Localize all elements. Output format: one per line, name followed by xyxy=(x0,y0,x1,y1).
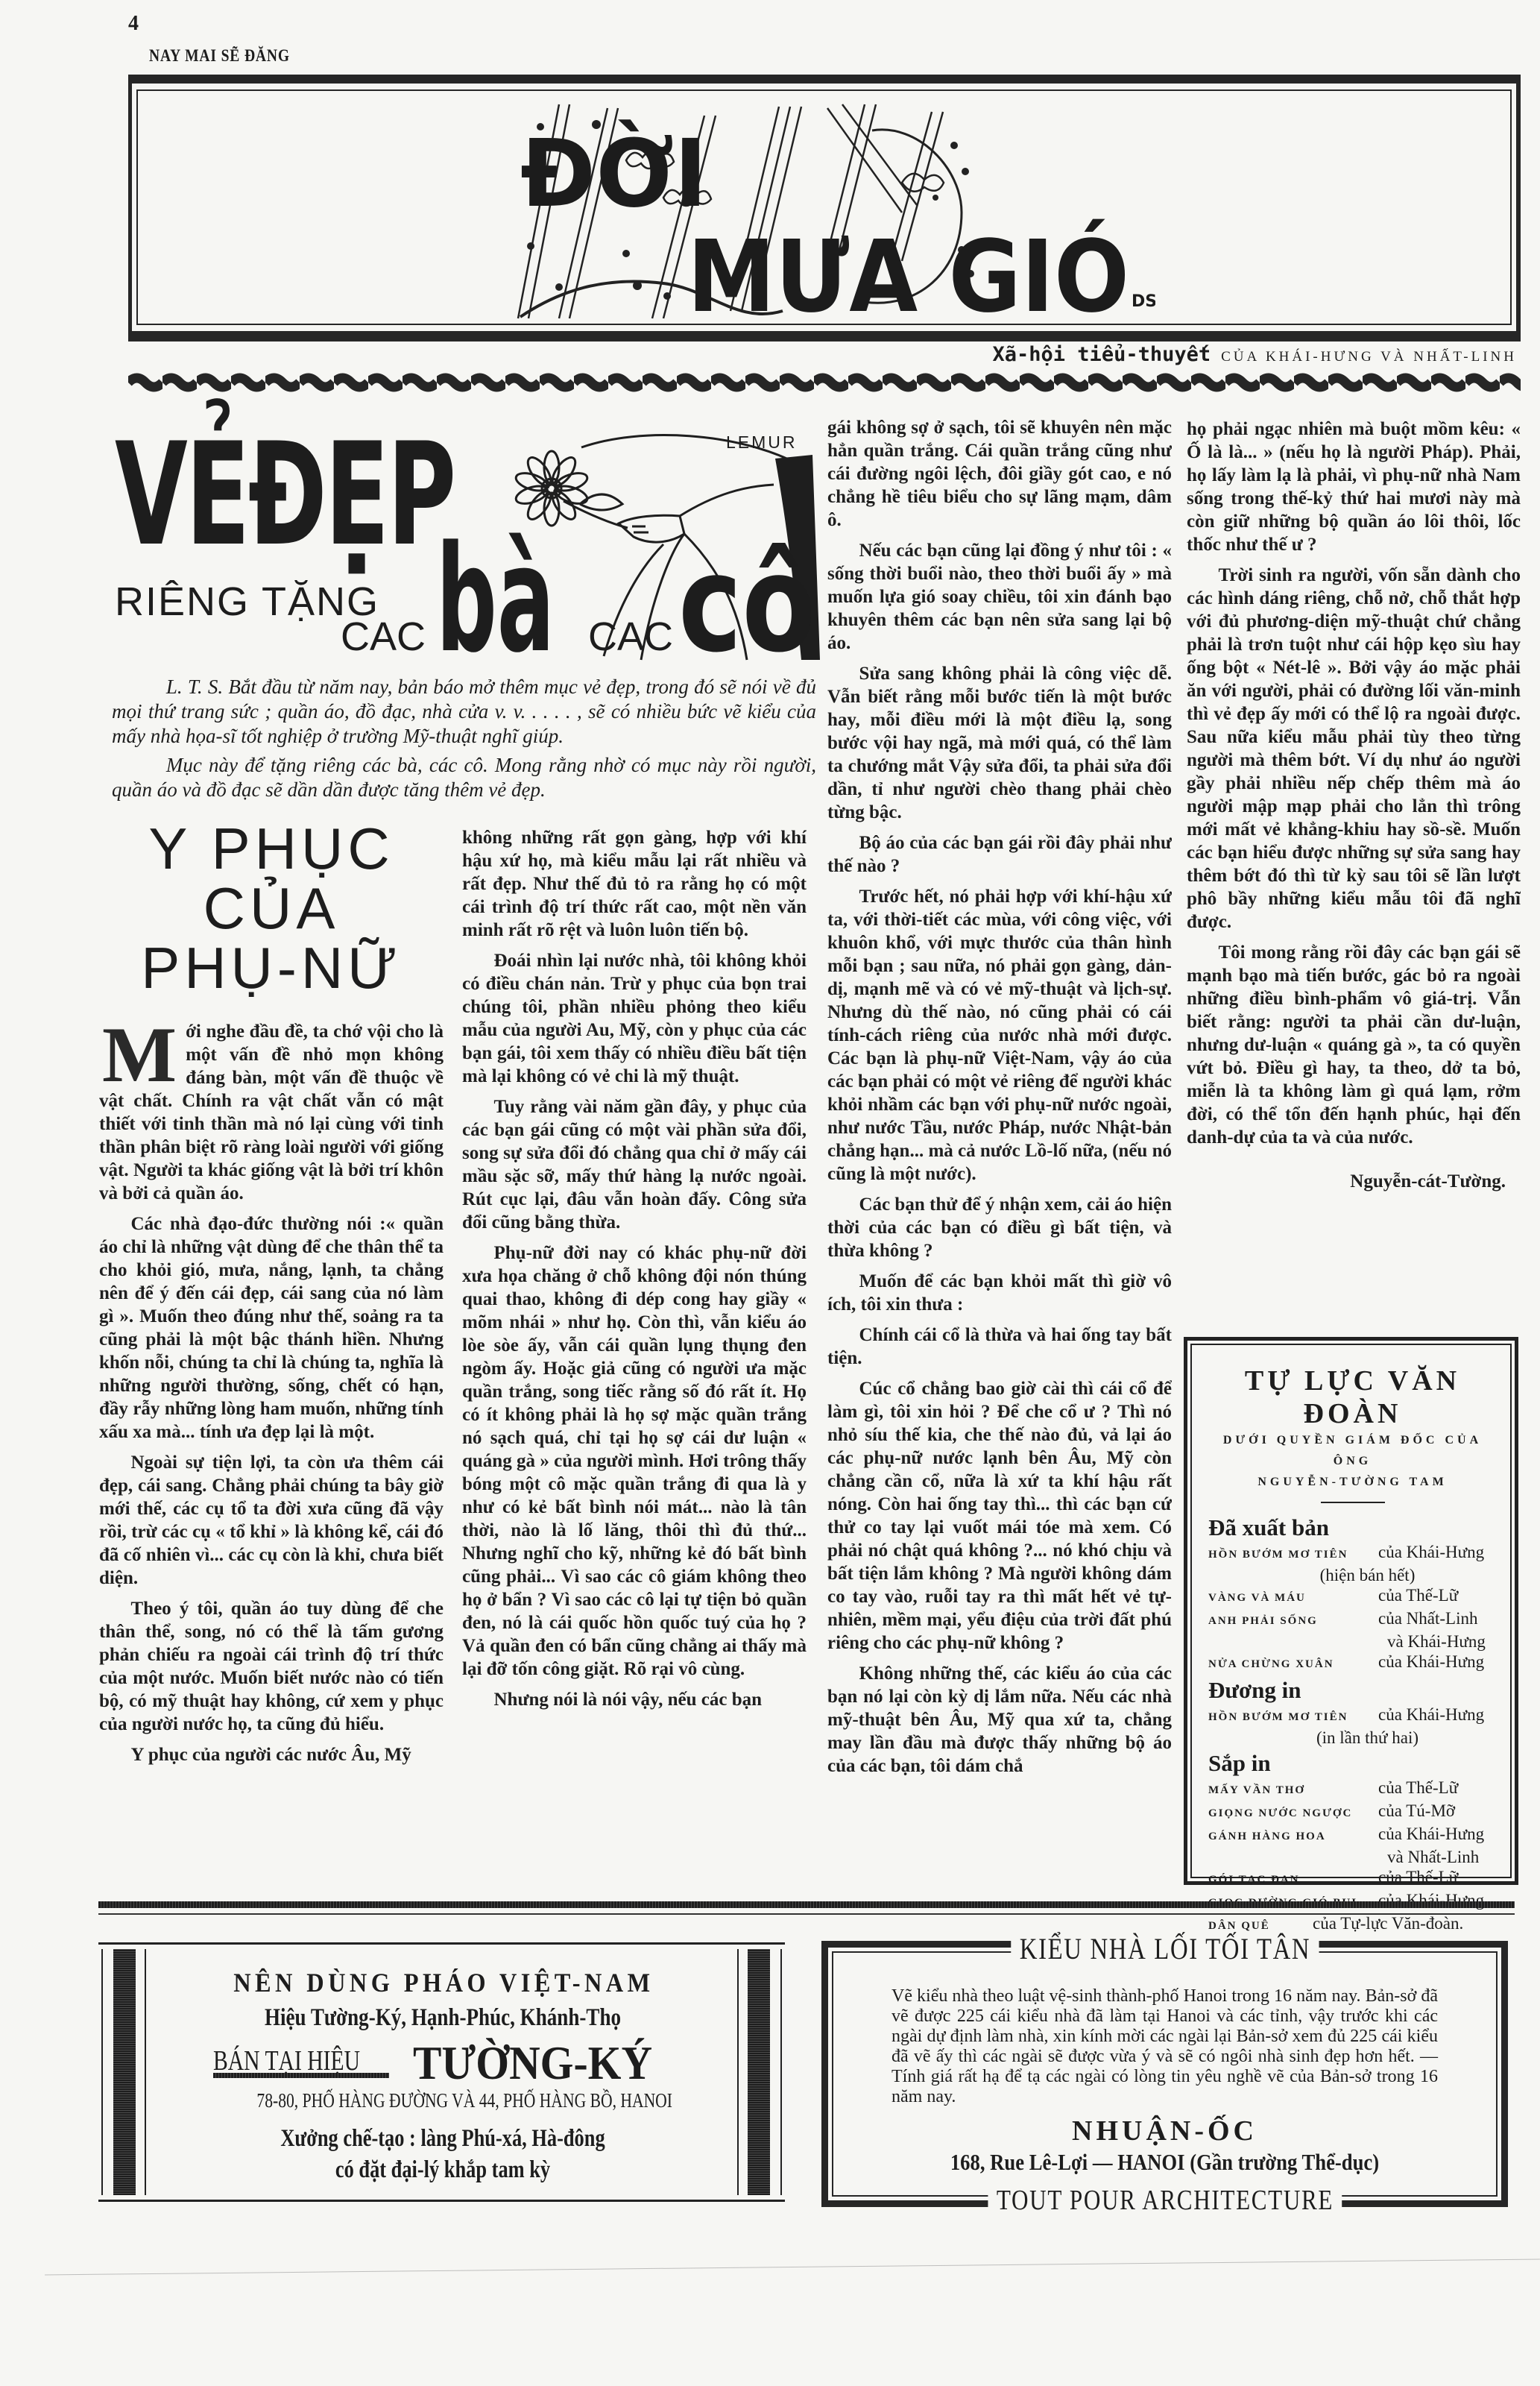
book-author: của Nhất-Linh xyxy=(1378,1608,1477,1631)
book-author-cont: và Khái-Hưng xyxy=(1208,1631,1497,1652)
serial-genre: Xã-hội tiểu-thuyết xyxy=(993,343,1211,366)
section-cac-1: CAC xyxy=(341,617,426,657)
tlvd-section-heading: Sắp in xyxy=(1208,1749,1497,1778)
serial-byline: CỦA KHÁI-HƯNG VÀ NHẤT-LINH xyxy=(1221,349,1517,365)
article-paragraph: Các nhà đạo-đức thường nói :« quần áo ch… xyxy=(99,1212,444,1444)
section-dedication: RIÊNG TẶNG xyxy=(115,582,379,622)
ad-address: 78-80, PHỐ HÀNG ĐƯỜNG VÀ 44, PHỐ HÀNG BỒ… xyxy=(256,2089,628,2112)
book-author: của Thế-Lữ xyxy=(1378,1867,1458,1890)
book-author: của Thế-Lữ xyxy=(1378,1778,1458,1801)
book-note: (hiện bán hết) xyxy=(1208,1565,1497,1585)
illustration-artist-signature: LEMUR xyxy=(726,432,798,453)
article-title-line: Y PHỤC xyxy=(99,819,444,878)
book-title: VÀNG VÀ MÁU xyxy=(1208,1585,1378,1608)
tlvd-subtitle: DƯỚI QUYỀN GIÁM ĐỐC CỦA ÔNG xyxy=(1208,1430,1497,1472)
ad-factory: Xưởng chế-tạo : làng Phú-xá, Hà-đông xyxy=(256,2125,628,2153)
article-column-2: không những rất gọn gàng, hợp với khí hậ… xyxy=(462,826,807,1886)
serial-title-line2: MƯA GIÓ xyxy=(687,218,1129,324)
article-paragraph: Cúc cổ chẳng bao giờ cài thì cái cổ để l… xyxy=(827,1377,1172,1655)
tlvd-book-row: HỒN BƯỚM MƠ TIÊNcủa Khái-Hưng xyxy=(1208,1704,1497,1728)
book-title: HỒN BƯỚM MƠ TIÊN xyxy=(1208,1542,1378,1565)
ad-border-line xyxy=(780,1949,782,2195)
ad-headline: NÊN DÙNG PHÁO VIỆT-NAM xyxy=(233,1967,652,1998)
book-title: HỒN BƯỚM MƠ TIÊN xyxy=(1208,1704,1378,1728)
ad-border-line xyxy=(145,1949,146,2195)
ad-border-line xyxy=(101,1949,103,2195)
section-separator-thin xyxy=(98,1913,1515,1915)
article-paragraph: Các bạn thử để ý nhận xem, cải áo hiện t… xyxy=(827,1193,1172,1262)
book-author: của Tự-lực Văn-đoàn. xyxy=(1313,1913,1463,1936)
tlvd-director: NGUYỄN-TƯỜNG TAM xyxy=(1208,1472,1497,1493)
article-paragraph: Tuy rằng vài năm gần đây, y phục của các… xyxy=(462,1095,807,1234)
article-paragraph: Mới nghe đầu đề, ta chớ vội cho là một v… xyxy=(99,1020,444,1205)
book-title: GIỌNG NƯỚC NGƯỢC xyxy=(1208,1801,1378,1824)
book-title: ANH PHẢI SỐNG xyxy=(1208,1608,1378,1631)
fireworks-advertisement: NÊN DÙNG PHÁO VIỆT-NAM Hiệu Tường-Ký, Hạ… xyxy=(98,1942,785,2202)
ad-underline-bar xyxy=(213,2073,389,2078)
editor-note-paragraph: Mục này để tặng riêng các bà, các cô. Mo… xyxy=(112,753,816,802)
ad-body: Vẽ kiểu nhà theo luật vệ-sinh thành-phố … xyxy=(892,1986,1438,2107)
tlvd-book-row: VÀNG VÀ MÁUcủa Thế-Lữ xyxy=(1208,1585,1497,1608)
article-paragraph: Bộ áo của các bạn gái rồi đây phải như t… xyxy=(827,831,1172,878)
article-paragraph: Sửa sang không phải là công việc dễ. Vẫn… xyxy=(827,662,1172,824)
article-column-3: gái không sợ ở sạch, tôi sẽ khuyên nên m… xyxy=(827,416,1172,1886)
serial-title-line1: ĐỜI xyxy=(520,119,707,228)
running-head: NAY MAI SẼ ĐĂNG xyxy=(149,46,290,66)
book-author: của Thế-Lữ xyxy=(1378,1585,1458,1608)
tlvd-book-row: GÁNH HÀNG HOAcủa Khái-Hưng xyxy=(1208,1824,1497,1847)
article-paragraph: Trời sinh ra người, vốn sẵn dành cho các… xyxy=(1187,564,1521,934)
article-column-4: họ phải ngạc nhiên mà buột mồm kêu: « Ố … xyxy=(1187,418,1521,1282)
ad-border-line xyxy=(737,1949,739,2195)
page-number: 4 xyxy=(128,12,139,36)
article-title-line: CỦA xyxy=(99,878,444,938)
tlvd-book-row: ANH PHẢI SỐNGcủa Nhất-Linh xyxy=(1208,1608,1497,1631)
tlvd-divider xyxy=(1321,1502,1385,1503)
ad-tagline: TOUT POUR ARCHITECTURE xyxy=(988,2184,1342,2217)
article-paragraph: Phụ-nữ đời nay có khác phụ-nữ đời xưa họ… xyxy=(462,1241,807,1681)
section-ba: bà xyxy=(436,526,555,673)
book-author: của Khái-Hưng xyxy=(1378,1704,1484,1728)
serial-logo-rain-icon: ĐỜI MƯA GIÓ DS xyxy=(514,101,1155,324)
article-title: Y PHỤC CỦA PHỤ-NỮ xyxy=(99,819,444,998)
book-title: MẤY VẦN THƠ xyxy=(1208,1778,1378,1801)
book-author: của Tú-Mỡ xyxy=(1378,1801,1455,1824)
article-paragraph: Tôi mong rằng rồi đây các bạn gái sẽ mạn… xyxy=(1187,941,1521,1149)
book-author: của Khái-Hưng xyxy=(1378,1652,1484,1675)
ad-address: 168, Rue Lê-Lợi — HANOI (Gần trường Thể-… xyxy=(875,2149,1454,2176)
article-title-line: PHỤ-NỮ xyxy=(99,938,444,998)
editor-note-paragraph: L. T. S. Bắt đầu từ năm nay, bản báo mở … xyxy=(112,675,816,749)
serial-subtitle: Xã-hội tiểu-thuyếtCỦA KHÁI-HƯNG VÀ NHẤT-… xyxy=(962,340,1517,371)
article-paragraph: Y phục của người các nước Âu, Mỹ xyxy=(99,1743,444,1766)
tlvd-book-row: MẤY VẦN THƠcủa Thế-Lữ xyxy=(1208,1778,1497,1801)
tu-luc-van-doan-box: TỰ LỰC VĂN ĐOÀN DƯỚI QUYỀN GIÁM ĐỐC CỦA … xyxy=(1184,1337,1518,1885)
section-cac-2: CAC xyxy=(588,617,673,657)
article-paragraph: Đoái nhìn lại nước nhà, tôi không khỏi c… xyxy=(462,949,807,1088)
article-author-signature: Nguyễn-cát-Tường. xyxy=(1187,1170,1521,1193)
book-note: (in lần thứ hai) xyxy=(1208,1728,1497,1748)
ad-border-hatch xyxy=(748,1949,770,2195)
tlvd-title: TỰ LỰC VĂN ĐOÀN xyxy=(1208,1364,1497,1430)
scan-artifact-line xyxy=(45,2258,1540,2275)
book-title: GÓI TẠC ĐẠN xyxy=(1208,1867,1378,1890)
section-title: VẺĐẸP xyxy=(115,424,455,566)
tu-luc-van-doan-inner: TỰ LỰC VĂN ĐOÀN DƯỚI QUYỀN GIÁM ĐỐC CỦA … xyxy=(1190,1344,1512,1878)
ad-brands: Hiệu Tường-Ký, Hạnh-Phúc, Khánh-Thọ xyxy=(252,2004,634,2032)
drop-cap: M xyxy=(102,1023,177,1087)
tlvd-book-row: HỒN BƯỚM MƠ TIÊNcủa Khái-Hưng xyxy=(1208,1542,1497,1565)
logo-artist-mark: DS xyxy=(1132,292,1155,311)
ad-title: KIỂU NHÀ LỐI TỐI TÂN xyxy=(1011,1931,1319,1966)
wavy-rule-divider xyxy=(128,371,1521,394)
book-title: NỬA CHỪNG XUÂN xyxy=(1208,1652,1378,1675)
article-paragraph: không những rất gọn gàng, hợp với khí hậ… xyxy=(462,826,807,942)
section-co: cô xyxy=(678,538,815,672)
article-paragraph: Muốn để các bạn khỏi mất thì giờ vô ích,… xyxy=(827,1270,1172,1316)
editor-note: L. T. S. Bắt đầu từ năm nay, bản báo mở … xyxy=(112,675,816,807)
book-author-cont: và Nhất-Linh xyxy=(1208,1847,1497,1867)
article-paragraph: Chính cái cổ là thừa và hai ống tay bất … xyxy=(827,1323,1172,1370)
article-paragraph: Nhưng nói là nói vậy, nếu các bạn xyxy=(462,1688,807,1711)
architecture-advertisement: KIỂU NHÀ LỐI TỐI TÂN Vẽ kiểu nhà theo lu… xyxy=(821,1941,1508,2207)
book-author: của Khái-Hưng xyxy=(1378,1824,1484,1847)
article-paragraph: Trước hết, nó phải hợp với khí-hậu xứ ta… xyxy=(827,885,1172,1186)
tlvd-book-row: NỬA CHỪNG XUÂNcủa Khái-Hưng xyxy=(1208,1652,1497,1675)
article-paragraph: Theo ý tôi, quần áo tuy dùng để che thân… xyxy=(99,1597,444,1736)
section-separator-thick xyxy=(98,1901,1515,1908)
ad-shop-name: TƯỜNG-KÝ xyxy=(413,2036,652,2091)
article-paragraph: Ngoài sự tiện lợi, ta còn ưa thêm cái đẹ… xyxy=(99,1451,444,1590)
book-title: GÁNH HÀNG HOA xyxy=(1208,1824,1378,1847)
article-column-1: Mới nghe đầu đề, ta chớ vội cho là một v… xyxy=(99,1020,444,1885)
article-paragraph: họ phải ngạc nhiên mà buột mồm kêu: « Ố … xyxy=(1187,418,1521,556)
tlvd-book-row: GÓI TẠC ĐẠNcủa Thế-Lữ xyxy=(1208,1867,1497,1890)
tlvd-section-heading: Đã xuất bản xyxy=(1208,1514,1497,1542)
book-author: của Khái-Hưng xyxy=(1378,1542,1484,1565)
ad-border-hatch xyxy=(113,1949,136,2195)
tlvd-book-row: GIỌNG NƯỚC NGƯỢCcủa Tú-Mỡ xyxy=(1208,1801,1497,1824)
ad-firm-name: NHUẬN-ỐC xyxy=(828,2115,1501,2147)
article-paragraph: Không những thế, các kiểu áo của các bạn… xyxy=(827,1662,1172,1778)
article-paragraph: Nếu các bạn cũng lại đồng ý như tôi : « … xyxy=(827,539,1172,655)
ad-agents: có đặt đại-lý khắp tam kỳ xyxy=(256,2156,628,2184)
tlvd-section-heading: Đương in xyxy=(1208,1676,1497,1704)
article-paragraph: gái không sợ ở sạch, tôi sẽ khuyên nên m… xyxy=(827,416,1172,532)
